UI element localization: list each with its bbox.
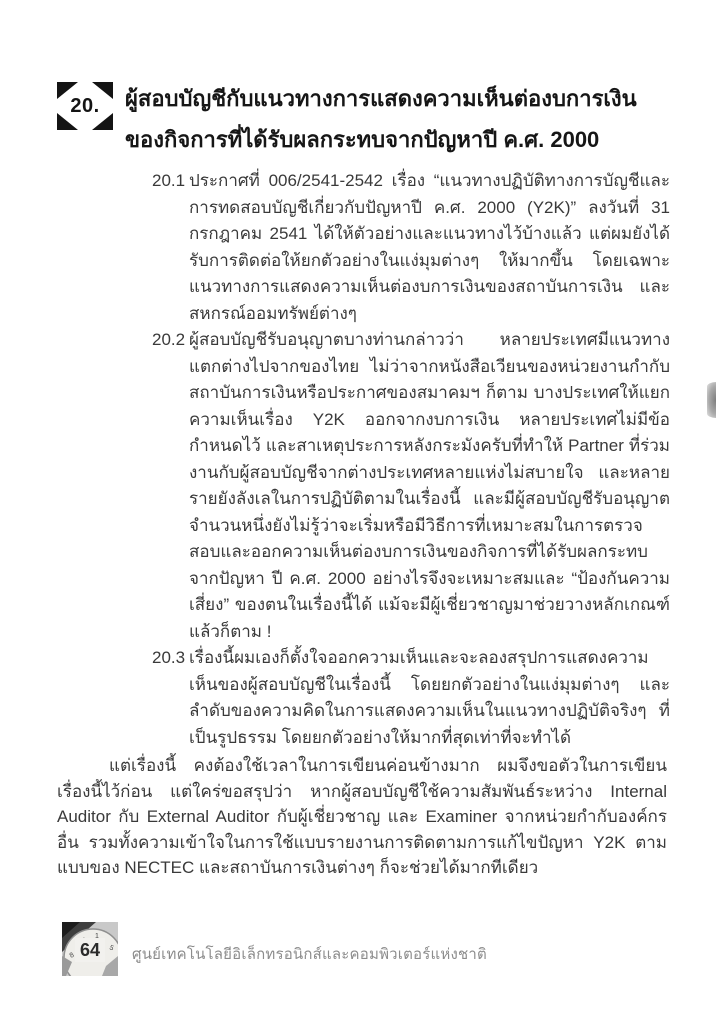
organization-name: ศูนย์เทคโนโลยีอิเล็กทรอนิกส์และคอมพิวเตอ… <box>132 942 487 966</box>
closing-paragraph: แต่เรื่องนี้ คงต้องใช้เวลาในการเขียนค่อน… <box>57 753 667 881</box>
item-text: ผู้สอบบัญชีรับอนุญาตบางท่านกล่าวว่า หลาย… <box>189 327 670 645</box>
clock-icon: 8 12 1 5 64 <box>62 922 118 976</box>
section-header: 20. ผู้สอบบัญชีกับแนวทางการแสดงความเห็นต… <box>57 78 669 160</box>
list-item-20-2: 20.2 ผู้สอบบัญชีรับอนุญาตบางท่านกล่าวว่า… <box>152 327 670 645</box>
page-title-line2: ของกิจการที่ได้รับผลกระทบจากปัญหาปี ค.ศ.… <box>125 127 599 152</box>
page-footer: 8 12 1 5 64 ศูนย์เทคโนโลยีอิเล็กทรอนิกส์… <box>62 922 662 980</box>
item-number: 20.1 <box>152 168 189 195</box>
list-item-20-1: 20.1 ประกาศที่ 006/2541-2542 เรื่อง “แนว… <box>152 168 670 327</box>
item-text: เรื่องนี้ผมเองก็ตั้งใจออกความเห็นและจะลอ… <box>189 645 670 751</box>
page-title-line1: ผู้สอบบัญชีกับแนวทางการแสดงความเห็นต่องบ… <box>125 86 637 111</box>
item-number: 20.3 <box>152 645 189 672</box>
document-body: 20.1 ประกาศที่ 006/2541-2542 เรื่อง “แนว… <box>57 168 667 881</box>
item-number: 20.2 <box>152 327 189 354</box>
section-number-badge: 20. <box>57 82 113 130</box>
scan-artifact <box>707 382 716 418</box>
page-number: 64 <box>75 938 105 962</box>
section-number: 20. <box>57 82 113 130</box>
page-title: ผู้สอบบัญชีกับแนวทางการแสดงความเห็นต่องบ… <box>125 78 669 160</box>
item-text: ประกาศที่ 006/2541-2542 เรื่อง “แนวทางปฏ… <box>189 168 670 327</box>
list-item-20-3: 20.3 เรื่องนี้ผมเองก็ตั้งใจออกความเห็นแล… <box>152 645 670 751</box>
document-page: 20. ผู้สอบบัญชีกับแนวทางการแสดงความเห็นต… <box>0 0 716 1023</box>
